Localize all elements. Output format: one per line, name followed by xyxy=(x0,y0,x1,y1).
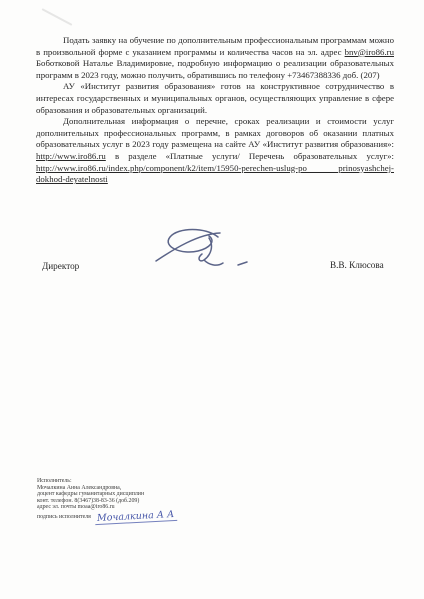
director-name: В.В. Клюсова xyxy=(330,260,384,270)
executor-handwritten-signature: Мочалкина А А xyxy=(95,511,178,525)
scan-artifact xyxy=(42,8,73,26)
director-signature-icon xyxy=(146,224,258,278)
paragraph-application: Подать заявку на обучение по дополнитель… xyxy=(36,35,394,81)
paragraph-text: Боботковой Наталье Владимировне, подробн… xyxy=(36,58,394,80)
director-title: Директор xyxy=(42,261,79,271)
letter-body: Подать заявку на обучение по дополнитель… xyxy=(36,35,394,186)
paragraph-cooperation: АУ «Институт развития образования» готов… xyxy=(36,81,394,116)
paragraph-info: Дополнительная информация о перечне, сро… xyxy=(36,116,394,186)
paragraph-text: Дополнительная информация о перечне, сро… xyxy=(36,116,394,149)
paragraph-text: Подать заявку на обучение по дополнитель… xyxy=(36,35,394,57)
email-link[interactable]: bnv@iro86.ru xyxy=(345,47,394,57)
executor-block: Исполнитель: Мочалкина Анна Александровн… xyxy=(37,478,177,522)
document-page: Подать заявку на обучение по дополнитель… xyxy=(0,0,424,599)
executor-signature-label: подпись исполнителя xyxy=(37,514,91,520)
paragraph-text: АУ «Институт развития образования» готов… xyxy=(36,81,394,114)
executor-position: доцент кафедры гуманитарных дисциплин xyxy=(37,491,177,498)
site-link[interactable]: http://www.iro86.ru xyxy=(36,151,106,161)
services-url-link[interactable]: http://www.iro86.ru/index.php/component/… xyxy=(36,163,394,185)
paragraph-text: в разделе «Платные услуги/ Перечень обра… xyxy=(106,151,394,161)
executor-phone: конт. телефон. 8(3467)38-83-36 (доб.209) xyxy=(37,498,177,505)
executor-signature-row: подпись исполнителяМочалкина А А xyxy=(37,512,177,522)
executor-label: Исполнитель: xyxy=(37,478,177,485)
